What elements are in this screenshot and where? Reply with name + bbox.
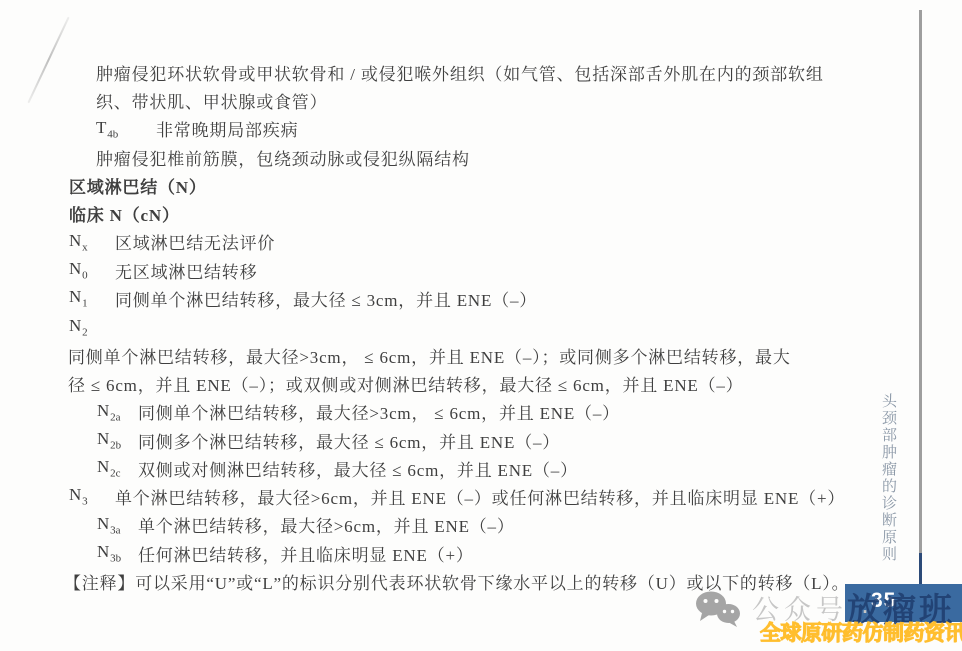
text-line: N3单个淋巴结转移，最大径>6cm，并且 ENE（–）或任何淋巴结转移，并且临床… [64,482,864,510]
text-line: N3a单个淋巴结转移，最大径>6cm，并且 ENE（–） [64,511,864,539]
term-label: N2a [97,401,138,423]
term-label: N3b [97,542,138,564]
text-line: N3b任何淋巴结转移，并且临床明显 ENE（+） [64,539,864,567]
text-line: N2c双侧或对侧淋巴结转移，最大径 ≤ 6cm，并且 ENE（–） [64,454,864,482]
term-label: N3a [97,514,138,536]
line-text: 肿瘤侵犯椎前筋膜，包绕颈动脉或侵犯纵隔结构 [96,145,470,170]
term-label: Nx [69,231,115,253]
line-text: 区域淋巴结无法评价 [115,229,275,254]
sidebar-rule [919,10,922,555]
text-line: Nx区域淋巴结无法评价 [64,228,864,256]
text-line: 同侧单个淋巴结转移，最大径>3cm， ≤ 6cm，并且 ENE（–）；或同侧多个… [64,341,864,369]
text-line: N2a同侧单个淋巴结转移，最大径>3cm， ≤ 6cm，并且 ENE（–） [64,398,864,426]
text-line: T4b非常晚期局部疾病 [64,115,864,143]
text-line: 肿瘤侵犯椎前筋膜，包绕颈动脉或侵犯纵隔结构 [64,143,864,171]
term-label: N3 [69,485,115,507]
text-line: N2b同侧多个淋巴结转移，最大径 ≤ 6cm，并且 ENE（–） [64,426,864,454]
text-line: 织、带状肌、甲状腺或食管） [64,86,864,114]
line-text: 单个淋巴结转移，最大径>6cm，并且 ENE（–） [138,512,515,537]
main-text-block: 肿瘤侵犯环状软骨或甲状软骨和 / 或侵犯喉外组织（如气管、包括深部舌外肌在内的颈… [64,58,864,596]
line-text: 径 ≤ 6cm，并且 ENE（–）；或双侧或对侧淋巴结转移，最大径 ≤ 6cm，… [68,371,744,396]
term-label: N2c [97,457,138,479]
line-text: 区域淋巴结（N） [69,173,207,198]
term-label: N2 [69,316,115,338]
chapter-tab-label: 头颈部肿瘤的诊断原则 [878,393,899,563]
line-text: 无区域淋巴结转移 [115,258,257,283]
line-text: 同侧单个淋巴结转移，最大径 ≤ 3cm，并且 ENE（–） [115,286,537,311]
line-text: 任何淋巴结转移，并且临床明显 ENE（+） [138,541,474,566]
line-text: 临床 N（cN） [69,201,180,226]
text-line: N0无区域淋巴结转移 [64,256,864,284]
footer-overlay-text: 全球原研药仿制药资讯 [760,617,962,647]
wechat-icon [692,589,742,627]
line-text: 同侧单个淋巴结转移，最大径>3cm， ≤ 6cm，并且 ENE（–） [138,399,620,424]
line-text: 肿瘤侵犯环状软骨或甲状软骨和 / 或侵犯喉外组织（如气管、包括深部舌外肌在内的颈… [96,60,824,85]
line-text: 单个淋巴结转移，最大径>6cm，并且 ENE（–）或任何淋巴结转移，并且临床明显… [115,484,845,509]
text-line: 径 ≤ 6cm，并且 ENE（–）；或双侧或对侧淋巴结转移，最大径 ≤ 6cm，… [64,369,864,397]
term-label: N1 [69,287,115,309]
line-text: 同侧单个淋巴结转移，最大径>3cm， ≤ 6cm，并且 ENE（–）；或同侧多个… [68,343,791,368]
text-line: N1同侧单个淋巴结转移，最大径 ≤ 3cm，并且 ENE（–） [64,284,864,312]
line-text: 同侧多个淋巴结转移，最大径 ≤ 6cm，并且 ENE（–） [138,428,560,453]
text-line: N2 [64,313,864,341]
term-label: T4b [96,118,156,140]
book-page: 肿瘤侵犯环状软骨或甲状软骨和 / 或侵犯喉外组织（如气管、包括深部舌外肌在内的颈… [0,0,962,651]
line-text: 织、带状肌、甲状腺或食管） [96,88,327,113]
term-label: N2b [97,429,138,451]
line-text: 双侧或对侧淋巴结转移，最大径 ≤ 6cm，并且 ENE（–） [138,456,578,481]
text-line: 肿瘤侵犯环状软骨或甲状软骨和 / 或侵犯喉外组织（如气管、包括深部舌外肌在内的颈… [64,58,864,86]
line-text: 非常晚期局部疾病 [156,116,298,141]
text-line: 区域淋巴结（N） [64,171,864,199]
term-label: N0 [69,259,115,281]
text-line: 临床 N（cN） [64,199,864,227]
